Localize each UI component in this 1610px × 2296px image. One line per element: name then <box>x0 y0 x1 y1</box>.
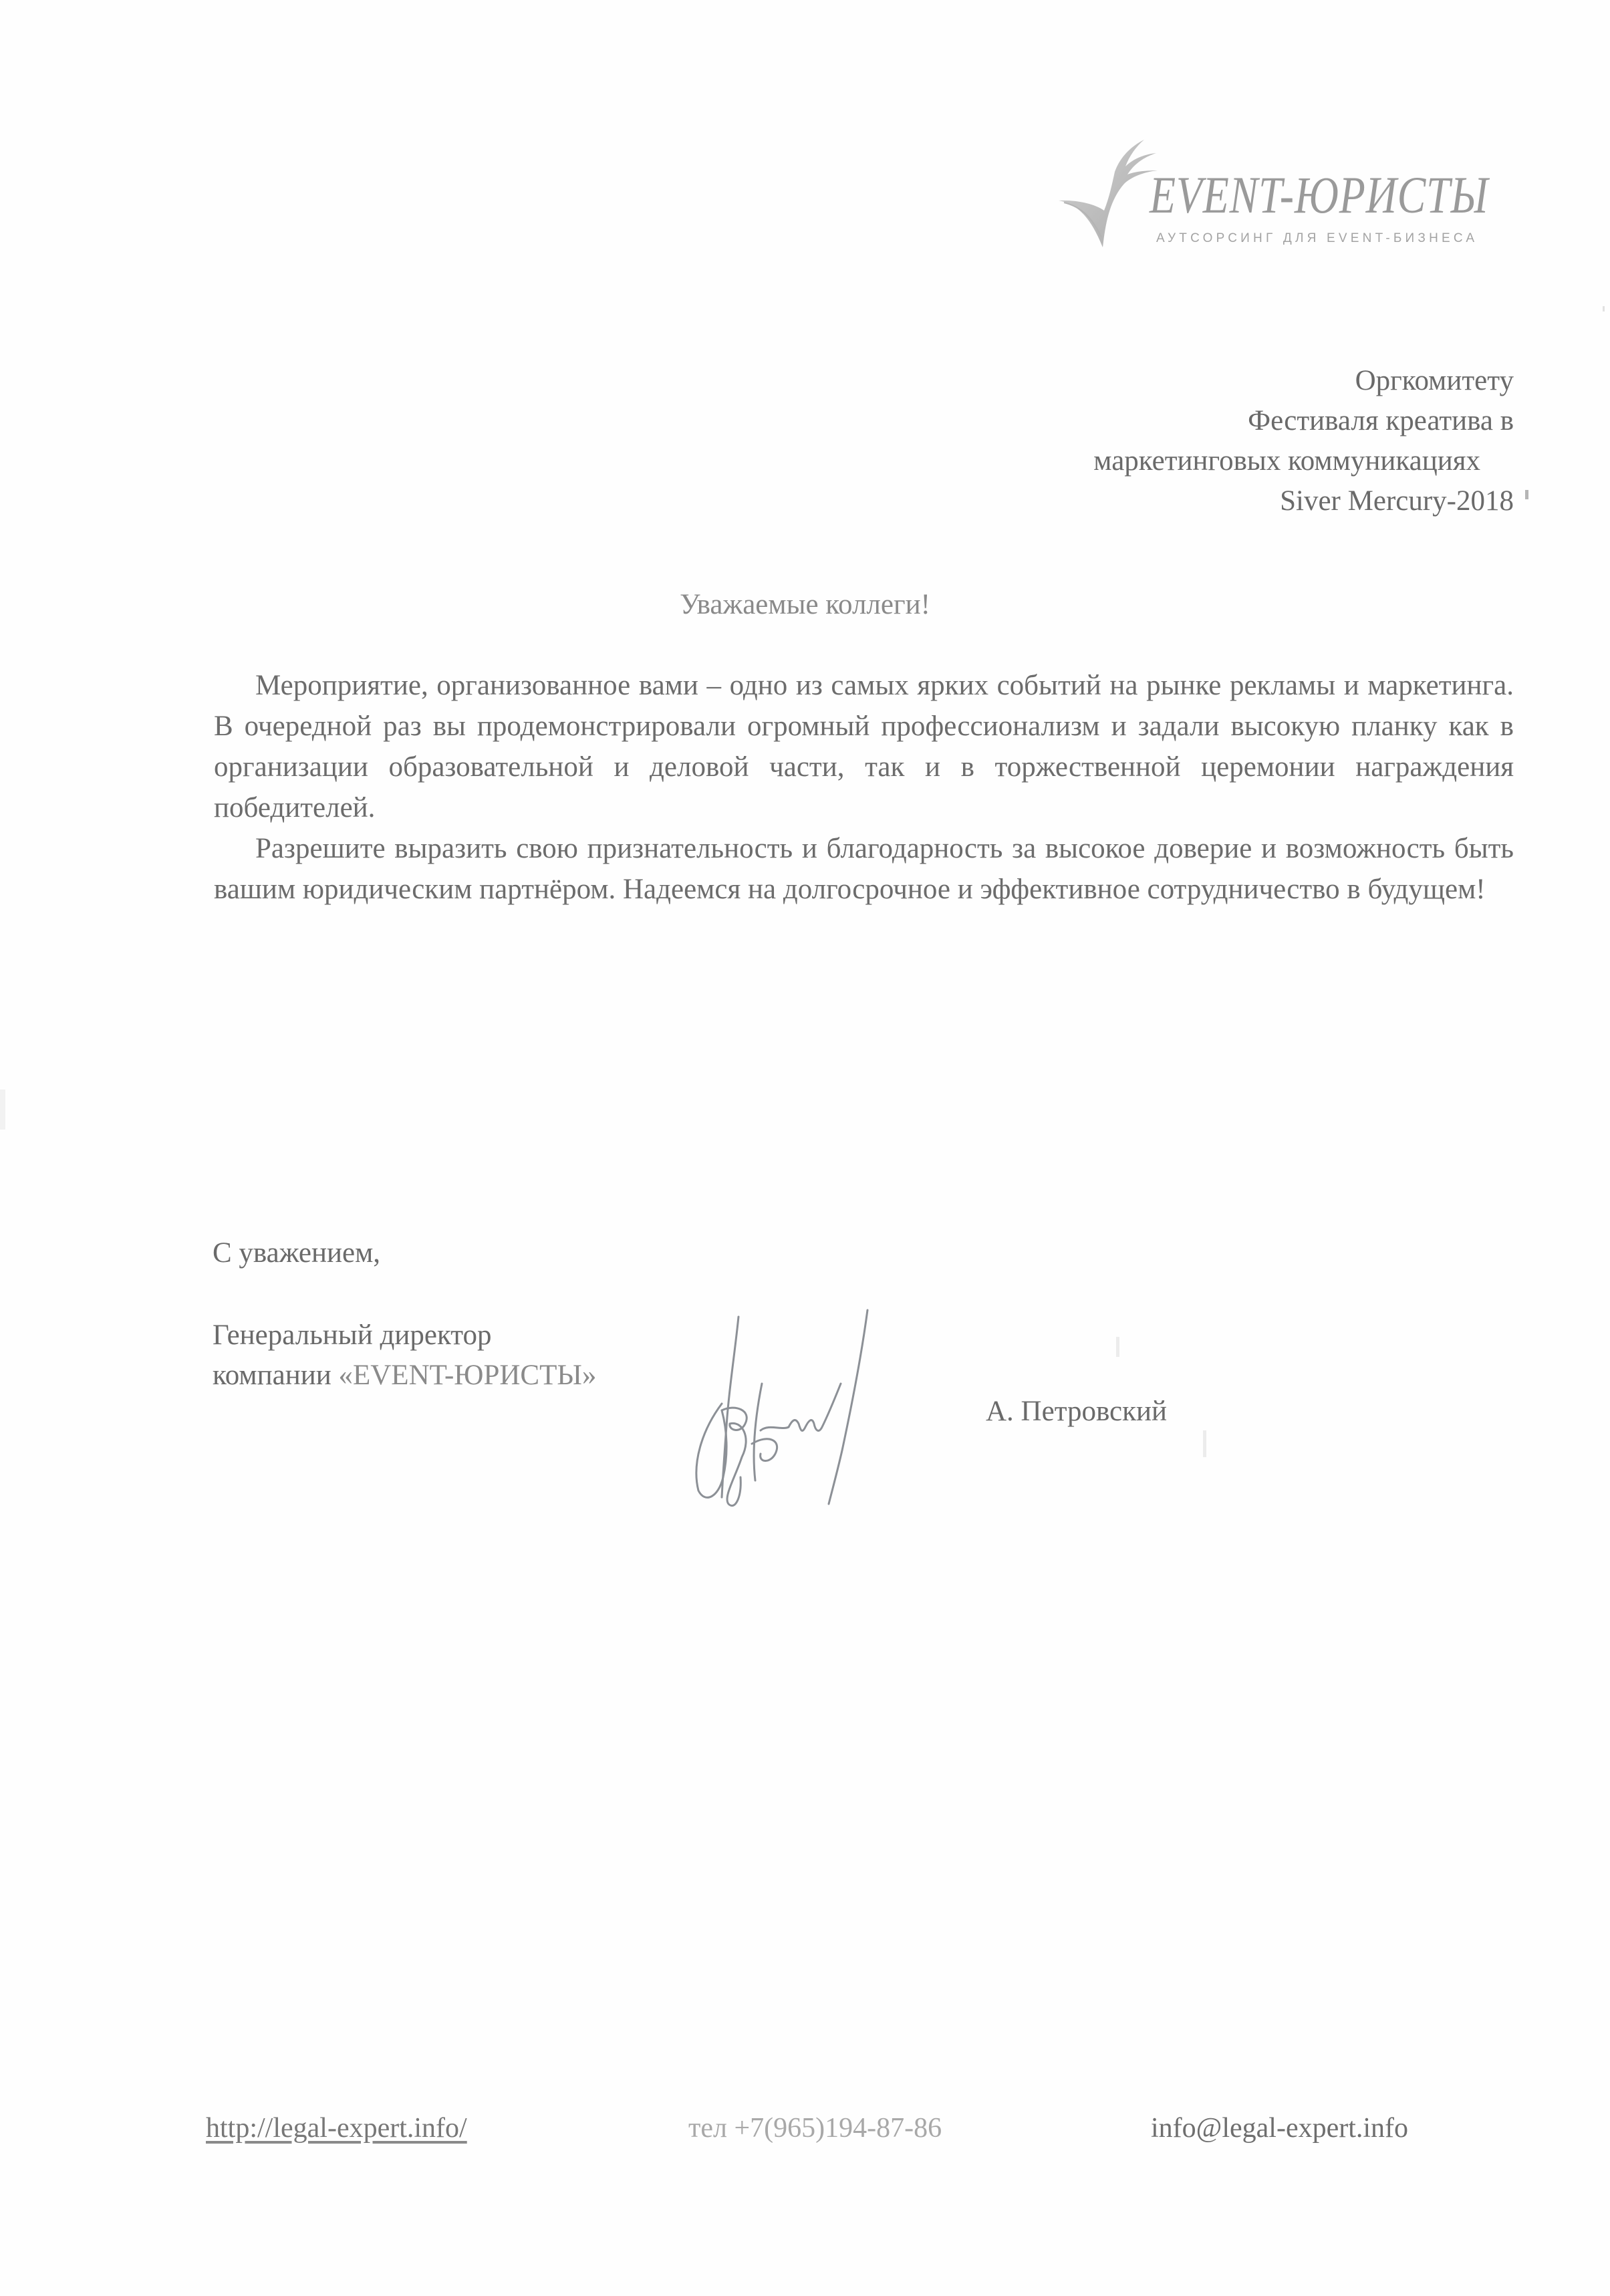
website-link[interactable]: http://legal-expert.info/ <box>206 2112 467 2144</box>
body-paragraph: Разрешите выразить свою признательность … <box>214 828 1514 910</box>
letter-page: EVENT-ЮРИСТЫ АУТСОРСИНГ ДЛЯ EVENT-БИЗНЕС… <box>0 0 1610 2296</box>
closing-regards: С уважением, <box>213 1237 380 1269</box>
signer-name: А. Петровский <box>986 1395 1167 1428</box>
salutation: Уважаемые коллеги! <box>0 588 1610 621</box>
logo-tagline: АУТСОРСИНГ ДЛЯ EVENT-БИЗНЕСА <box>1156 232 1478 245</box>
addressee-line: Фестиваля креатива в <box>1093 401 1514 441</box>
signer-title: Генеральный директор компании «EVENT-ЮРИ… <box>213 1315 596 1396</box>
addressee-line: Оргкомитету <box>1093 361 1514 401</box>
email-address[interactable]: info@legal-expert.info <box>1151 2112 1408 2144</box>
signature-icon <box>688 1303 1002 1511</box>
scan-speck <box>1116 1337 1119 1357</box>
hand-feather-icon <box>1051 137 1161 251</box>
body-paragraph: Мероприятие, организованное вами – одно … <box>214 665 1514 828</box>
letter-body: Мероприятие, организованное вами – одно … <box>214 665 1514 910</box>
logo-wordmark: EVENT-ЮРИСТЫ <box>1150 169 1488 221</box>
signer-company-line: компании «EVENT-ЮРИСТЫ» <box>213 1356 596 1396</box>
addressee-line: Siver Mercury-2018 <box>1093 481 1514 521</box>
scan-speck <box>1603 306 1605 311</box>
signer-position: Генеральный директор <box>213 1315 596 1356</box>
addressee-block: Оргкомитету Фестиваля креатива в маркети… <box>1093 361 1514 521</box>
addressee-line: маркетинговых коммуникациях <box>1093 441 1514 481</box>
scan-mark <box>1525 490 1528 499</box>
company-logo: EVENT-ЮРИСТЫ АУТСОРСИНГ ДЛЯ EVENT-БИЗНЕС… <box>1051 137 1518 251</box>
company-name: «EVENT-ЮРИСТЫ» <box>338 1360 596 1391</box>
scan-speck <box>1203 1430 1206 1457</box>
phone-number: тел +7(965)194-87-86 <box>688 2112 942 2144</box>
company-prefix: компании <box>213 1360 338 1391</box>
scan-speck <box>0 1090 5 1130</box>
